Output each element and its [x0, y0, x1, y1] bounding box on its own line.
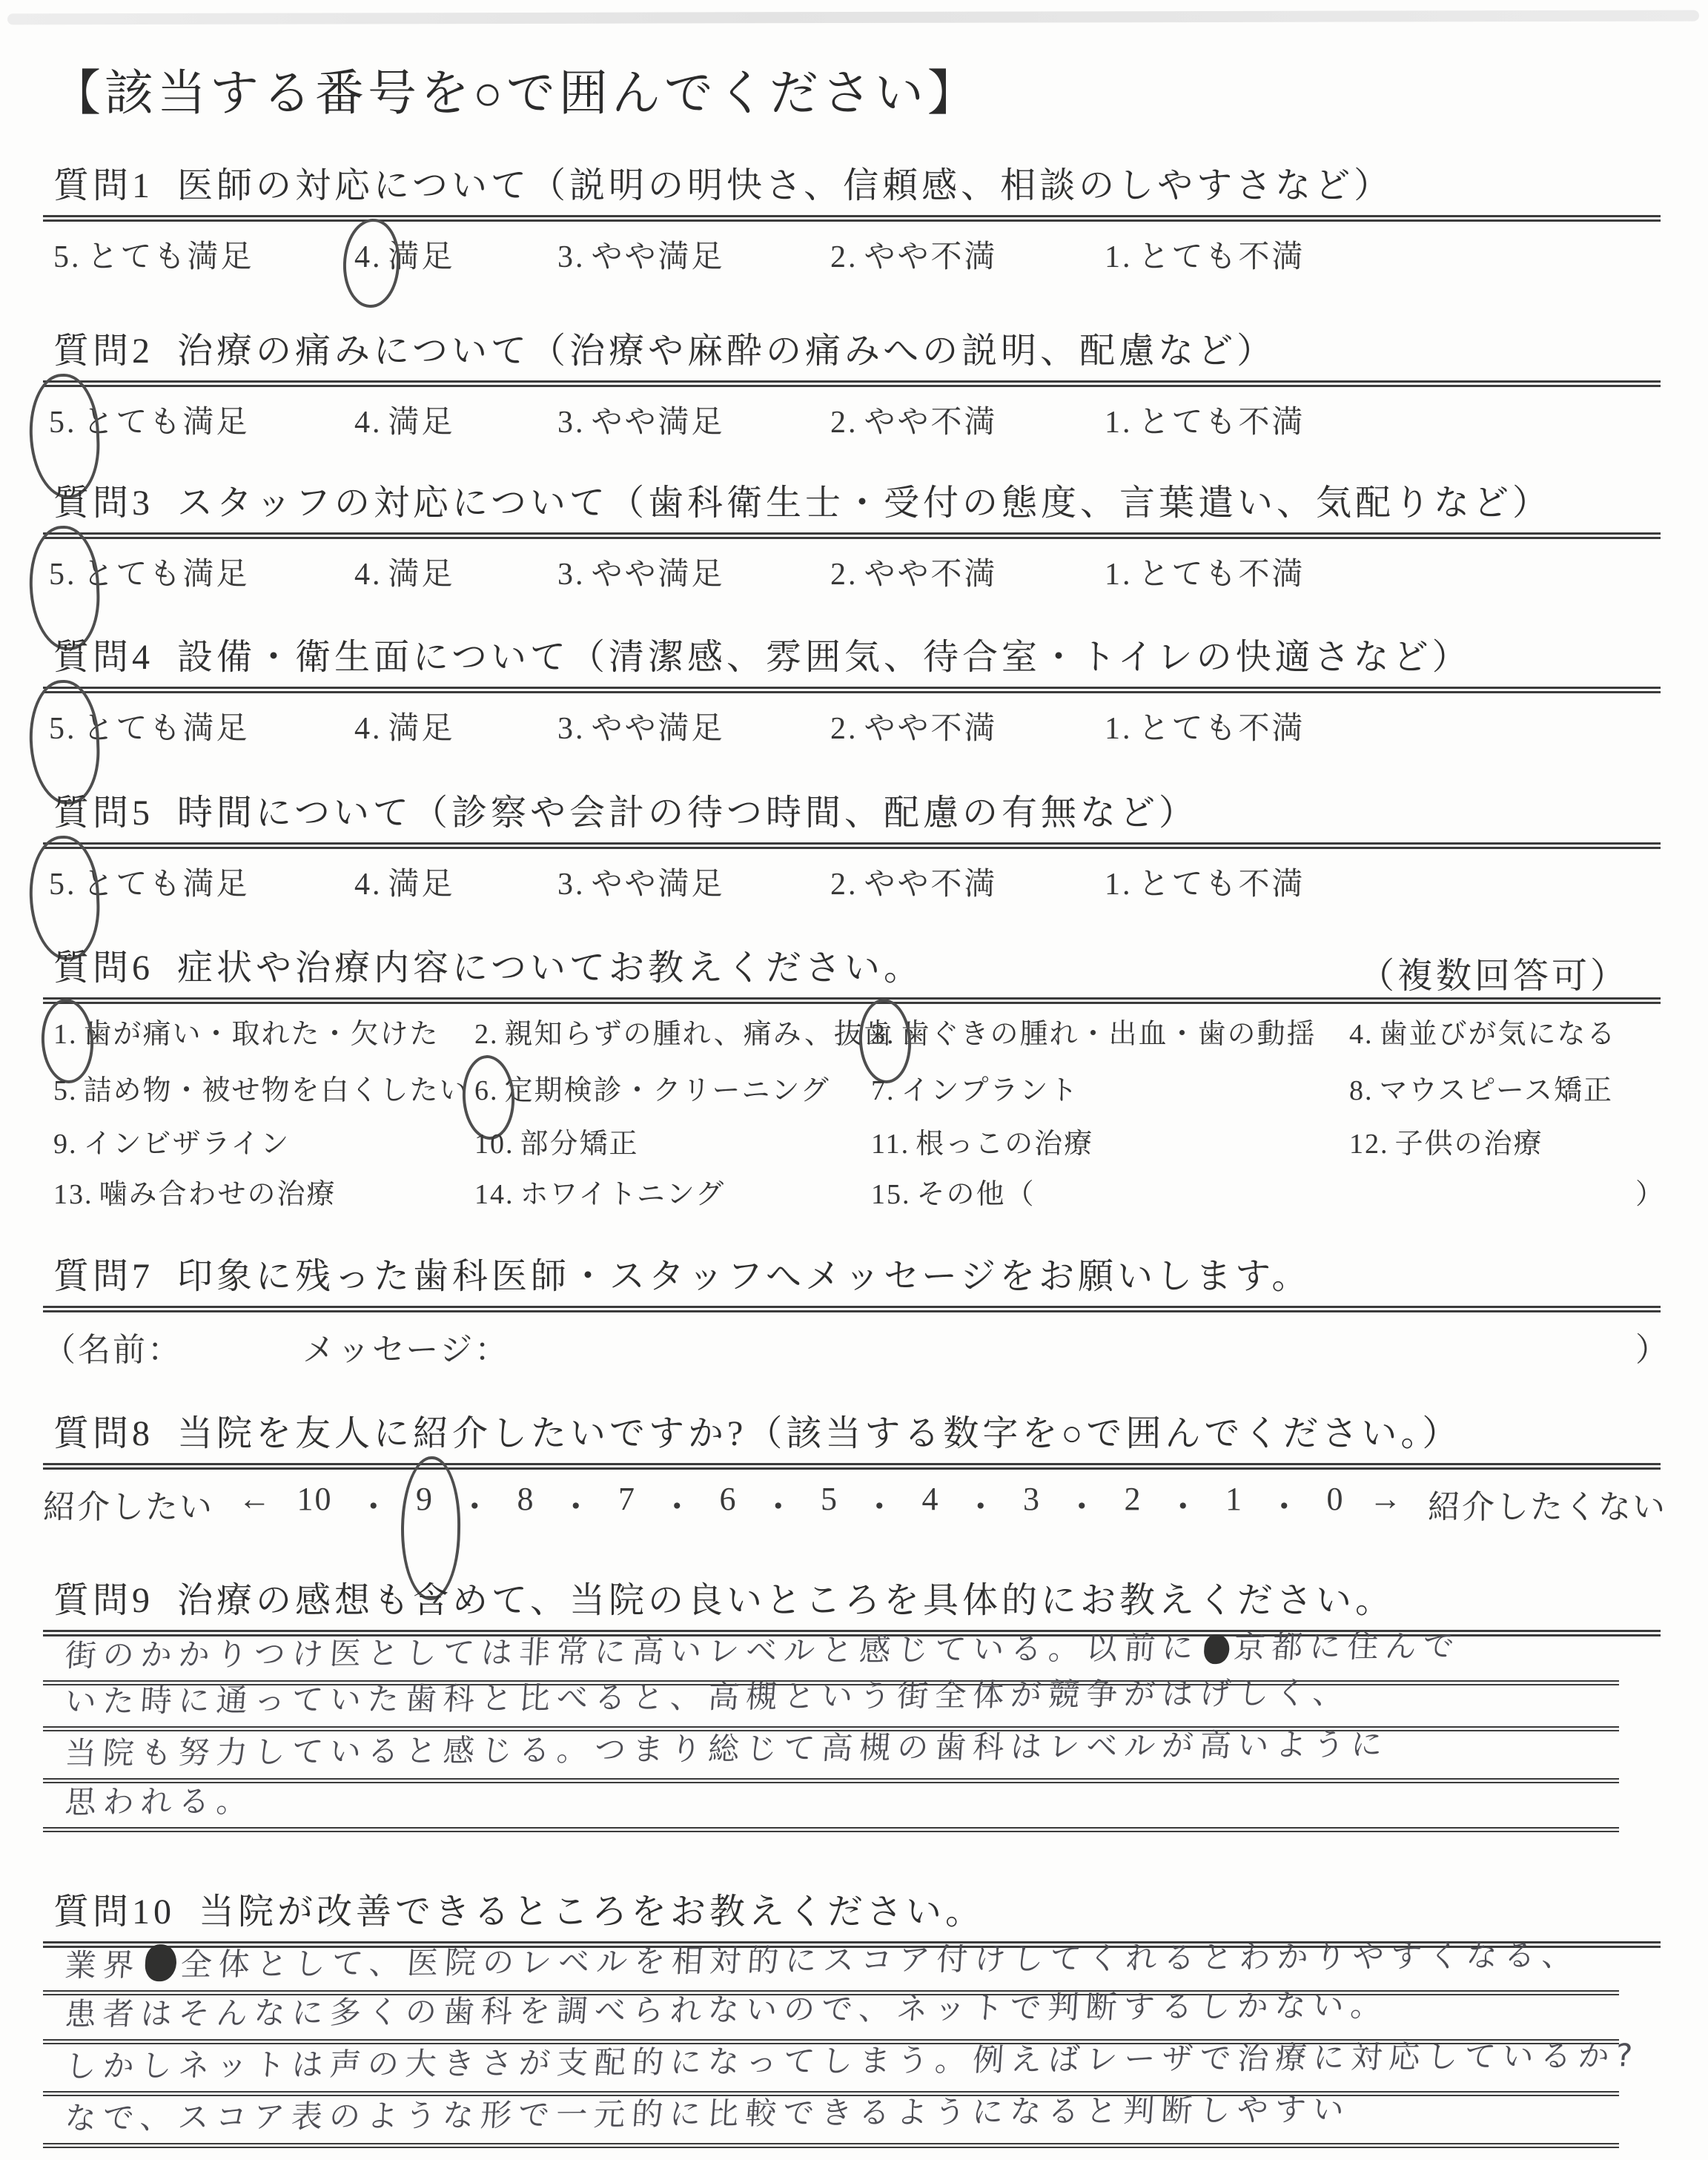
symptom-row-1: 1.歯が痛い・取れた・欠けた 2.親知らずの腫れ、痛み、抜歯 3.歯ぐきの腫れ・…: [0, 1005, 1708, 1054]
scale-separator: ・: [1167, 1480, 1201, 1527]
symptom-item-4[interactable]: 4.歯並びが気になる: [1349, 1011, 1617, 1051]
page-title: 【該当する番号を○で囲んでください】: [52, 53, 980, 124]
question-3-options: 5.とても満足 4.満足 3.やや満足 2.やや不満 1.とても不満: [0, 542, 1708, 598]
q2-option-2-number[interactable]: 2.: [830, 405, 858, 440]
question-5: 質問5時間について（診察や会計の待つ時間、配慮の有無など） 5.とても満足 4.…: [0, 792, 1708, 908]
q4-option-2-number[interactable]: 2.: [830, 711, 858, 747]
question-title: 症状や治療内容についてお教えください。: [177, 948, 923, 988]
item-label: 噛み合わせの治療: [99, 1179, 337, 1210]
item-label: 歯ぐきの腫れ・出血・歯の動揺: [901, 1019, 1317, 1050]
item-label: その他（: [917, 1179, 1036, 1210]
multiple-answers-note: （複数回答可）: [1359, 947, 1629, 998]
q5-option-1[interactable]: 1.とても不満: [1105, 859, 1305, 904]
question-title: 当院が改善できるところをお教えください。: [199, 1892, 984, 1932]
symptom-3-number[interactable]: 3.: [871, 1018, 896, 1051]
q2-option-4-number[interactable]: 4.: [354, 405, 383, 440]
scale-separator: ・: [1065, 1480, 1099, 1527]
divider: [43, 1306, 1661, 1312]
option-label: やや不満: [864, 240, 998, 274]
scale-value-9[interactable]: 9: [416, 1480, 434, 1518]
option-label: やや不満: [864, 868, 998, 902]
symptom-11-number[interactable]: 11.: [871, 1128, 910, 1160]
divider: [43, 532, 1661, 539]
symptom-item-6[interactable]: 6.定期検診・クリーニング: [474, 1067, 830, 1108]
q2-option-5-number[interactable]: 5.: [49, 405, 77, 440]
q1-option-3-number[interactable]: 3.: [557, 240, 586, 275]
question-number: 質問8: [53, 1414, 153, 1453]
scale-value-1[interactable]: 1: [1225, 1480, 1243, 1518]
q5-option-4[interactable]: 4.満足: [354, 859, 455, 904]
handwritten-text: 街のかかりつけ医としては非常に高いレベルと感じている。以前に京都に住んで: [64, 1622, 1463, 1676]
question-number: 質問2: [53, 331, 153, 371]
q4-option-5[interactable]: 5.とても満足: [49, 704, 250, 748]
q9-answer-area: 街のかかりつけ医としては非常に高いレベルと感じている。以前に京都に住んで いた時…: [43, 1636, 1619, 1832]
scale-separator: ・: [1268, 1480, 1302, 1527]
q1-option-3[interactable]: 3.やや満足: [557, 232, 725, 277]
option-label: やや満足: [592, 558, 725, 592]
q10-answer-line-4[interactable]: なで、スコア表のような形で一元的に比較できるようになると判断しやすい: [43, 2096, 1619, 2148]
question-5-heading: 質問5時間について（診察や会計の待つ時間、配慮の有無など）: [0, 792, 1708, 835]
q1-option-2-number[interactable]: 2.: [830, 240, 858, 275]
q1-option-5-number[interactable]: 5.: [53, 240, 82, 275]
scale-right-label: 紹介したくない: [1428, 1480, 1666, 1527]
symptom-13-number[interactable]: 13.: [53, 1178, 93, 1211]
q4-option-1[interactable]: 1.とても不満: [1105, 704, 1305, 748]
q2-option-2[interactable]: 2.やや不満: [830, 397, 998, 442]
symptom-item-11[interactable]: 11.根っこの治療: [871, 1120, 1093, 1161]
handwritten-text: 思われる。: [64, 1777, 256, 1823]
option-label: とても不満: [1139, 868, 1305, 902]
scale-left-label: 紹介したい: [43, 1480, 213, 1527]
q3-option-2-number[interactable]: 2.: [830, 557, 858, 592]
question-number: 質問4: [53, 638, 153, 677]
question-1-heading: 質問1医師の対応について（説明の明快さ、信頼感、相談のしやすさなど）: [0, 165, 1708, 208]
option-label: やや満足: [592, 240, 725, 274]
survey-form-page: 【該当する番号を○で囲んでください】 質問1医師の対応について（説明の明快さ、信…: [0, 0, 1708, 2160]
question-6: 質問6症状や治療内容についてお教えください。 （複数回答可） 1.歯が痛い・取れ…: [0, 947, 1708, 1229]
handwritten-text: いた時に通っていた歯科と比べると、高槻という街全体が競争がはげしく、: [64, 1668, 1352, 1722]
ink-scribble: [144, 1944, 177, 1981]
symptom-item-8[interactable]: 8.マウスピース矯正: [1349, 1067, 1613, 1108]
divider: [43, 687, 1661, 693]
option-label: 満足: [388, 868, 455, 902]
symptom-row-2: 5.詰め物・被せ物を白くしたい 6.定期検診・クリーニング 7.インプラント 8…: [0, 1061, 1708, 1110]
question-1: 質問1医師の対応について（説明の明快さ、信頼感、相談のしやすさなど） 5.とても…: [0, 165, 1708, 281]
scale-separator: ・: [560, 1480, 594, 1527]
scale-value-0[interactable]: 0: [1327, 1480, 1345, 1518]
symptom-2-number[interactable]: 2.: [474, 1018, 499, 1051]
symptom-item-2[interactable]: 2.親知らずの腫れ、痛み、抜歯: [474, 1011, 893, 1051]
symptom-item-10[interactable]: 10.部分矯正: [474, 1120, 639, 1161]
q5-option-3[interactable]: 3.やや満足: [557, 859, 725, 904]
question-number: 質問10: [53, 1892, 175, 1932]
q9-answer-line-4[interactable]: 思われる。: [43, 1783, 1619, 1832]
close-paren: ）: [1635, 1323, 1670, 1370]
symptom-item-5[interactable]: 5.詰め物・被せ物を白くしたい: [53, 1067, 469, 1108]
symptom-item-7[interactable]: 7.インプラント: [871, 1067, 1079, 1108]
option-label: やや不満: [864, 558, 998, 592]
q1-option-1-number[interactable]: 1.: [1105, 240, 1133, 275]
q3-option-5-number[interactable]: 5.: [49, 557, 77, 592]
question-4-heading: 質問4設備・衛生面について（清潔感、雰囲気、待合室・トイレの快適さなど）: [0, 636, 1708, 679]
item-label: 歯並びが気になる: [1380, 1019, 1617, 1050]
item-label: ホワイトニング: [520, 1179, 726, 1210]
nps-scale: 紹介したい ← 10 ・ 9 ・ 8 ・ 7 ・ 6 ・ 5 ・ 4 ・ 3 ・…: [43, 1480, 1666, 1527]
question-title: 設備・衛生面について（清潔感、雰囲気、待合室・トイレの快適さなど）: [177, 638, 1472, 677]
option-label: とても満足: [83, 868, 250, 902]
q3-option-4-number[interactable]: 4.: [354, 557, 383, 592]
question-number: 質問7: [53, 1257, 153, 1296]
q5-option-2[interactable]: 2.やや不満: [830, 859, 998, 904]
q5-option-1-number[interactable]: 1.: [1105, 867, 1133, 902]
question-10: 質問10当院が改善できるところをお教えください。 業界全体として、医院のレベルを…: [0, 1891, 1708, 2148]
q3-option-5[interactable]: 5.とても満足: [49, 549, 250, 594]
q3-option-2[interactable]: 2.やや不満: [830, 549, 998, 594]
divider: [43, 380, 1661, 387]
q2-option-5[interactable]: 5.とても満足: [49, 397, 250, 442]
option-label: 満足: [388, 558, 455, 592]
question-1-options: 5.とても満足 4.満足 3.やや満足 2.やや不満 1.とても不満: [0, 225, 1708, 281]
scale-value-3[interactable]: 3: [1023, 1480, 1041, 1518]
item-label: 部分矯正: [520, 1129, 639, 1160]
option-label: とても満足: [83, 406, 250, 440]
scale-value-7[interactable]: 7: [618, 1480, 636, 1518]
divider: [43, 215, 1661, 222]
question-title: 医師の対応について（説明の明快さ、信頼感、相談のしやすさなど）: [177, 166, 1393, 205]
symptom-6-number[interactable]: 6.: [474, 1074, 499, 1107]
symptom-5-number[interactable]: 5.: [53, 1074, 78, 1107]
scale-value-8[interactable]: 8: [517, 1480, 535, 1518]
ink-scribble: [1203, 1634, 1231, 1664]
question-8-heading: 質問8当院を友人に紹介したいですか?（該当する数字を○で囲んでください。）: [0, 1413, 1708, 1456]
q3-option-4[interactable]: 4.満足: [354, 549, 455, 594]
scale-separator: ・: [964, 1480, 999, 1527]
q5-option-3-number[interactable]: 3.: [557, 867, 586, 902]
q1-option-5[interactable]: 5.とても満足: [53, 232, 254, 277]
symptom-15-number[interactable]: 15.: [871, 1178, 911, 1211]
q4-option-1-number[interactable]: 1.: [1105, 711, 1133, 747]
option-label: とても不満: [1139, 558, 1305, 592]
q2-option-3[interactable]: 3.やや満足: [557, 397, 725, 442]
item-label: 定期検診・クリーニング: [505, 1075, 830, 1106]
option-label: やや満足: [592, 406, 725, 440]
question-number: 質問6: [53, 948, 153, 988]
q5-option-5[interactable]: 5.とても満足: [49, 859, 250, 904]
question-2: 質問2治療の痛みについて（治療や麻酔の痛みへの説明、配慮など） 5.とても満足 …: [0, 330, 1708, 446]
symptom-item-1[interactable]: 1.歯が痛い・取れた・欠けた: [53, 1011, 440, 1051]
scale-value-2[interactable]: 2: [1125, 1480, 1142, 1518]
option-label: 満足: [388, 712, 455, 746]
q1-option-4[interactable]: 4.満足: [354, 232, 455, 277]
q2-option-1-number[interactable]: 1.: [1105, 405, 1133, 440]
item-label: 子供の治療: [1395, 1129, 1543, 1160]
scale-separator: ・: [458, 1480, 492, 1527]
symptom-9-number[interactable]: 9.: [53, 1128, 78, 1160]
question-2-heading: 質問2治療の痛みについて（治療や麻酔の痛みへの説明、配慮など）: [0, 330, 1708, 373]
option-label: とても満足: [87, 240, 254, 274]
option-label: とても不満: [1139, 406, 1305, 440]
symptom-7-number[interactable]: 7.: [871, 1074, 896, 1107]
question-title: 印象に残った歯科医師・スタッフへメッセージをお願いします。: [177, 1257, 1311, 1296]
scale-separator: ・: [357, 1480, 391, 1527]
item-label: インプラント: [901, 1075, 1079, 1106]
question-3-heading: 質問3スタッフの対応について（歯科衛生士・受付の態度、言葉遣い、気配りなど）: [0, 482, 1708, 525]
symptom-1-number[interactable]: 1.: [53, 1018, 78, 1051]
q4-option-3[interactable]: 3.やや満足: [557, 704, 725, 748]
question-9-heading: 質問9治療の感想も含めて、当院の良いところを具体的にお教えください。: [0, 1579, 1708, 1622]
question-7-heading: 質問7印象に残った歯科医師・スタッフへメッセージをお願いします。: [0, 1255, 1708, 1298]
q3-option-1-number[interactable]: 1.: [1105, 557, 1133, 592]
q5-option-2-number[interactable]: 2.: [830, 867, 858, 902]
symptom-item-12[interactable]: 12.子供の治療: [1349, 1120, 1543, 1161]
q2-option-4[interactable]: 4.満足: [354, 397, 455, 442]
divider: [43, 997, 1661, 1004]
symptom-item-13[interactable]: 13.噛み合わせの治療: [53, 1171, 337, 1212]
divider: [43, 1463, 1661, 1470]
symptom-10-number[interactable]: 10.: [474, 1128, 514, 1160]
q3-option-1[interactable]: 1.とても不満: [1105, 549, 1305, 594]
handwritten-text: 業界全体として、医院のレベルを相対的にスコア付けしてくれるとわかりやすくなる、: [64, 1931, 1581, 1986]
question-8: 質問8当院を友人に紹介したいですか?（該当する数字を○で囲んでください。） 紹介…: [0, 1413, 1708, 1527]
scale-value-6[interactable]: 6: [720, 1480, 738, 1518]
question-9: 質問9治療の感想も含めて、当院の良いところを具体的にお教えください。 街のかかり…: [0, 1579, 1708, 1832]
handwritten-text: 当院も努力していると感じる。つまり総じて高槻の歯科はレベルが高いように: [64, 1720, 1391, 1774]
option-label: とても満足: [83, 712, 250, 746]
scale-value-5[interactable]: 5: [821, 1480, 838, 1518]
q2-option-3-number[interactable]: 3.: [557, 405, 586, 440]
symptom-item-9[interactable]: 9.インビザライン: [53, 1120, 290, 1161]
scale-separator: ・: [762, 1480, 796, 1527]
q3-option-3-number[interactable]: 3.: [557, 557, 586, 592]
option-label: 満足: [388, 406, 455, 440]
question-title: 治療の痛みについて（治療や麻酔の痛みへの説明、配慮など）: [177, 331, 1276, 371]
question-number: 質問1: [53, 166, 153, 205]
message-label: メッセージ：: [302, 1323, 509, 1370]
symptom-12-number[interactable]: 12.: [1349, 1128, 1389, 1160]
option-label: やや不満: [864, 712, 998, 746]
question-5-options: 5.とても満足 4.満足 3.やや満足 2.やや不満 1.とても不満: [0, 852, 1708, 908]
symptom-4-number[interactable]: 4.: [1349, 1018, 1374, 1051]
message-entry-row[interactable]: （名前： メッセージ： ）: [0, 1317, 1708, 1373]
q4-option-4[interactable]: 4.満足: [354, 704, 455, 748]
question-title: 時間について（診察や会計の待つ時間、配慮の有無など）: [177, 793, 1198, 833]
q10-answer-area: 業界全体として、医院のレベルを相対的にスコア付けしてくれるとわかりやすくなる、 …: [43, 1948, 1619, 2148]
question-title: スタッフの対応について（歯科衛生士・受付の態度、言葉遣い、気配りなど）: [177, 483, 1552, 523]
question-number: 質問5: [53, 793, 153, 833]
question-4-options: 5.とても満足 4.満足 3.やや満足 2.やや不満 1.とても不満: [0, 696, 1708, 753]
item-label: 歯が痛い・取れた・欠けた: [84, 1019, 440, 1050]
option-label: とても不満: [1139, 712, 1305, 746]
symptom-8-number[interactable]: 8.: [1349, 1074, 1374, 1107]
symptom-item-3[interactable]: 3.歯ぐきの腫れ・出血・歯の動揺: [871, 1011, 1317, 1051]
q4-option-4-number[interactable]: 4.: [354, 711, 383, 747]
question-3: 質問3スタッフの対応について（歯科衛生士・受付の態度、言葉遣い、気配りなど） 5…: [0, 482, 1708, 598]
symptom-item-14[interactable]: 14.ホワイトニング: [474, 1171, 725, 1212]
q5-option-5-number[interactable]: 5.: [49, 867, 77, 902]
q1-option-4-number[interactable]: 4.: [354, 240, 383, 275]
symptom-item-15-other[interactable]: 15.その他（: [871, 1171, 1036, 1212]
item-label: 根っこの治療: [916, 1129, 1093, 1160]
question-7: 質問7印象に残った歯科医師・スタッフへメッセージをお願いします。 （名前： メッ…: [0, 1255, 1708, 1373]
scale-separator: ・: [661, 1480, 695, 1527]
handwritten-text: なで、スコア表のような形で一元的に比較できるようになると判断しやすい: [64, 2085, 1352, 2138]
scale-value-4[interactable]: 4: [922, 1480, 940, 1518]
question-4: 質問4設備・衛生面について（清潔感、雰囲気、待合室・トイレの快適さなど） 5.と…: [0, 636, 1708, 753]
question-number: 質問9: [53, 1581, 153, 1620]
question-title: 治療の感想も含めて、当院の良いところを具体的にお教えください。: [177, 1581, 1394, 1620]
q4-option-5-number[interactable]: 5.: [49, 711, 77, 747]
item-label: インビザライン: [84, 1129, 291, 1160]
symptom-14-number[interactable]: 14.: [474, 1178, 514, 1211]
q9-answer-line-3[interactable]: 当院も努力していると感じる。つまり総じて高槻の歯科はレベルが高いように: [43, 1731, 1619, 1783]
question-title: 当院を友人に紹介したいですか?（該当する数字を○で囲んでください。）: [177, 1414, 1461, 1453]
q1-option-1[interactable]: 1.とても不満: [1105, 232, 1305, 277]
question-number: 質問3: [53, 483, 153, 523]
option-label: とても満足: [83, 558, 250, 592]
scan-edge-artifact: [7, 10, 1699, 25]
question-2-options: 5.とても満足 4.満足 3.やや満足 2.やや不満 1.とても不満: [0, 390, 1708, 446]
right-arrow: →: [1369, 1480, 1403, 1518]
scale-value-10[interactable]: 10: [297, 1480, 333, 1518]
q3-option-3[interactable]: 3.やや満足: [557, 549, 725, 594]
q5-option-4-number[interactable]: 4.: [354, 867, 383, 902]
option-label: とても不満: [1139, 240, 1305, 274]
option-label: やや満足: [592, 712, 725, 746]
left-arrow: ←: [238, 1480, 272, 1518]
q4-option-2[interactable]: 2.やや不満: [830, 704, 998, 748]
option-label: やや不満: [864, 406, 998, 440]
item-label: マウスピース矯正: [1380, 1075, 1613, 1106]
scale-separator: ・: [863, 1480, 897, 1527]
other-close-paren: ）: [1635, 1171, 1665, 1212]
handwritten-text: 患者はそんなに多くの歯科を調べられないので、ネットで判断するしかない。: [64, 1981, 1390, 2035]
symptom-row-3: 9.インビザライン 10.部分矯正 11.根っこの治療 12.子供の治療: [0, 1114, 1708, 1163]
q4-option-3-number[interactable]: 3.: [557, 711, 586, 747]
item-label: 詰め物・被せ物を白くしたい: [84, 1075, 469, 1106]
question-10-heading: 質問10当院が改善できるところをお教えください。: [0, 1891, 1708, 1934]
q2-option-1[interactable]: 1.とても不満: [1105, 397, 1305, 442]
symptom-row-4: 13.噛み合わせの治療 14.ホワイトニング 15.その他（ ）: [0, 1165, 1708, 1214]
item-label: 親知らずの腫れ、痛み、抜歯: [505, 1019, 894, 1050]
divider: [43, 842, 1661, 849]
q1-option-2[interactable]: 2.やや不満: [830, 232, 998, 277]
option-label: やや満足: [592, 868, 725, 902]
name-label: （名前：: [43, 1323, 182, 1370]
